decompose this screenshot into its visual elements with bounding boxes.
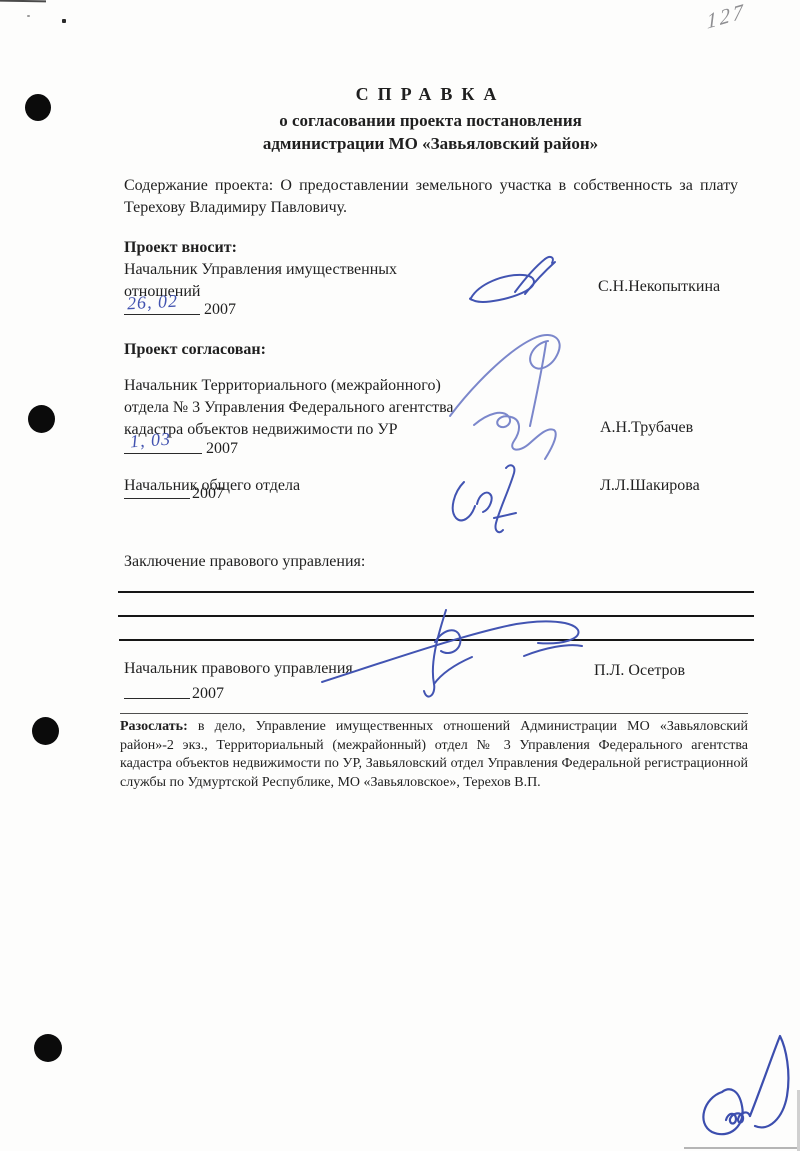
hole-punch-mark <box>28 405 55 433</box>
submitter-position-line1: Начальник Управления имущественных <box>124 259 397 281</box>
scan-speck <box>62 19 66 23</box>
signature-shakirova <box>448 460 533 543</box>
approver-year: 2007 <box>192 483 224 505</box>
ink-scribble-bottom-right <box>692 1028 800 1151</box>
date-blank-line <box>124 481 190 499</box>
signature-trubachev <box>447 330 587 470</box>
date-blank-line <box>124 297 200 315</box>
approver-position-line1: Начальник Территориального (межрайонного… <box>124 375 441 397</box>
handwritten-page-number: 127 <box>706 0 746 35</box>
hole-punch-mark <box>25 94 51 121</box>
approver-name: А.Н.Трубачев <box>600 417 693 439</box>
approver-year: 2007 <box>206 438 238 460</box>
signature-osetrov <box>316 606 606 716</box>
document-subtitle-1: о согласовании проекта постановления <box>124 111 737 131</box>
hole-punch-mark <box>32 717 59 745</box>
date-blank-line <box>124 436 202 454</box>
title-block: СПРАВКА о согласовании проекта постановл… <box>124 84 737 157</box>
scan-speck <box>27 15 30 17</box>
project-summary: Содержание проекта: О предоставлении зем… <box>124 175 738 219</box>
distribution-list: Разослать: в дело, Управление имуществен… <box>120 718 748 792</box>
legal-officer-name: П.Л. Осетров <box>594 660 685 682</box>
document-subtitle-2: администрации МО «Завьяловский район» <box>124 134 737 154</box>
hole-punch-mark <box>34 1034 62 1062</box>
approval-heading: Проект согласован: <box>124 339 266 361</box>
submit-heading: Проект вносит: <box>124 237 237 259</box>
summary-label: Содержание проекта: <box>124 177 273 194</box>
distribution-text: в дело, Управление имущественных отношен… <box>120 719 748 790</box>
distribution-label: Разослать: <box>120 719 188 734</box>
approver-position-line2: отдела № 3 Управления Федерального агент… <box>124 397 454 419</box>
date-blank-line <box>124 681 190 699</box>
ruled-line <box>118 591 754 593</box>
scanned-document-page: 127 СПРАВКА о согласовании проекта поста… <box>0 0 800 1151</box>
legal-officer-year: 2007 <box>192 683 224 705</box>
legal-heading: Заключение правового управления: <box>124 551 365 573</box>
document-title: СПРАВКА <box>124 84 737 105</box>
submitter-name: С.Н.Некопыткина <box>598 276 720 298</box>
footer-separator-line <box>120 713 748 714</box>
signature-nekopytkina <box>463 254 563 317</box>
approver-name: Л.Л.Шакирова <box>600 475 700 497</box>
page-edge-shadow <box>0 0 46 2</box>
submitter-year: 2007 <box>204 299 236 321</box>
